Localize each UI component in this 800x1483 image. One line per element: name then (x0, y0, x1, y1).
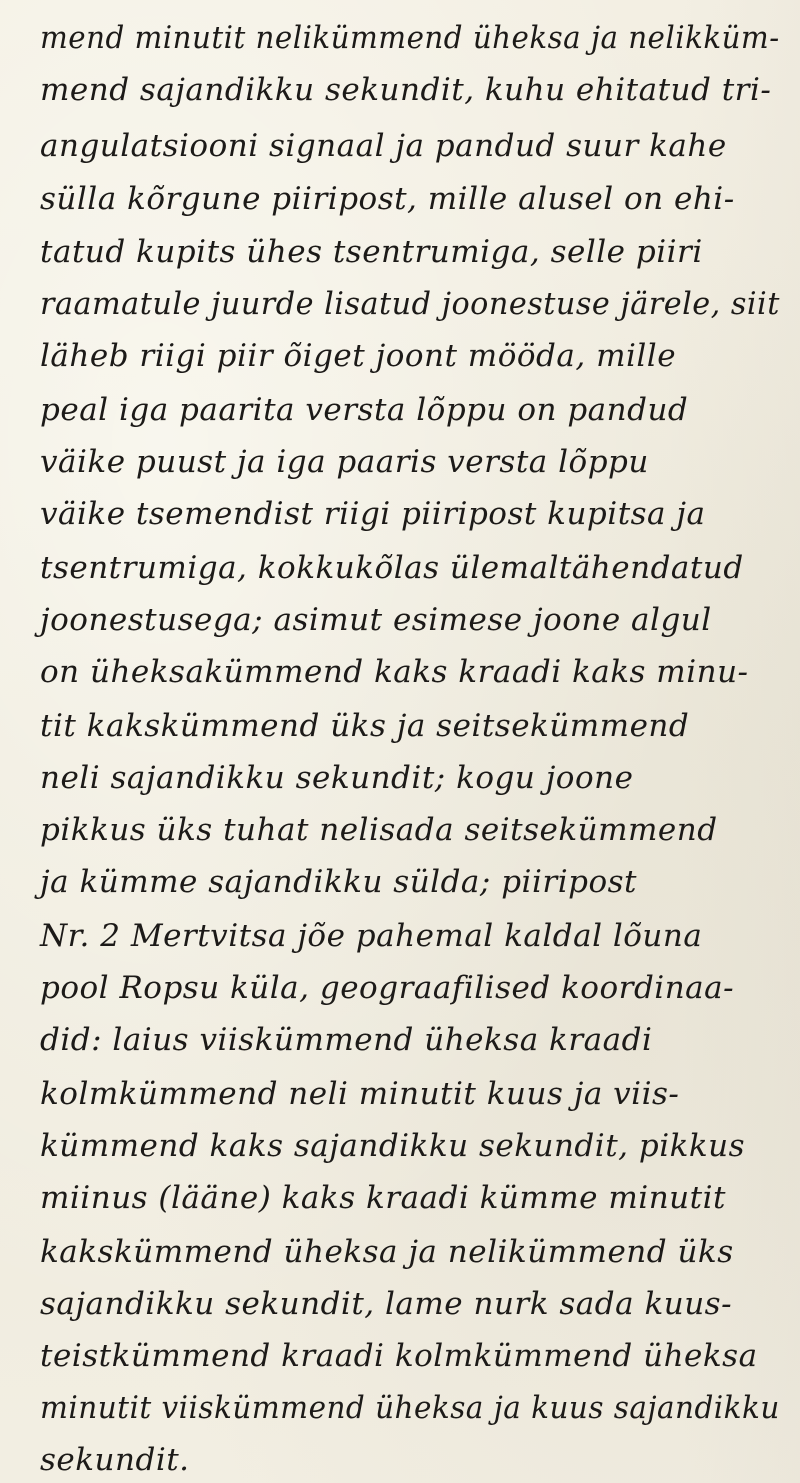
text-line: väike tsemendist riigi piiripost kupitsa… (40, 496, 780, 532)
text-line: joonestusega; asimut esimese joone algul (40, 602, 780, 638)
text-line: pikkus üks tuhat nelisada seitsekümmend (40, 812, 780, 848)
text-line: tatud kupits ühes tsentrumiga, selle pii… (40, 234, 780, 270)
text-line: pool Ropsu küla, geograafilised koordina… (40, 970, 780, 1006)
text-line: miinus (lääne) kaks kraadi kümme minutit (40, 1180, 780, 1216)
text-line: ja kümme sajandikku sülda; piiripost (40, 864, 780, 900)
text-line: kakskümmend üheksa ja nelikümmend üks (40, 1234, 780, 1270)
text-line: tsentrumiga, kokkukõlas ülemaltähendatud (40, 550, 780, 586)
text-line: sajandikku sekundit, lame nurk sada kuus… (40, 1286, 780, 1322)
text-line: raamatule juurde lisatud joonestuse järe… (40, 286, 762, 322)
text-line: minutit viiskümmend üheksa ja kuus sajan… (40, 1390, 743, 1426)
text-line: mend minutit nelikümmend üheksa ja nelik… (40, 20, 740, 56)
text-line: did: laius viiskümmend üheksa kraadi (40, 1022, 780, 1058)
text-line: on üheksakümmend kaks kraadi kaks minu- (40, 654, 780, 690)
text-line: sülla kõrgune piiripost, mille alusel on… (40, 181, 780, 217)
text-line: väike puust ja iga paaris versta lõppu (40, 444, 780, 480)
text-line: mend sajandikku sekundit, kuhu ehitatud … (40, 72, 780, 108)
text-line: kolmkümmend neli minutit kuus ja viis- (40, 1076, 780, 1112)
text-line: kümmend kaks sajandikku sekundit, pikkus (40, 1128, 780, 1164)
text-line: teistkümmend kraadi kolmkümmend üheksa (40, 1338, 780, 1374)
text-line: sekundit. (40, 1442, 780, 1478)
text-line: tit kakskümmend üks ja seitsekümmend (40, 708, 780, 744)
manuscript-page: mend minutit nelikümmend üheksa ja nelik… (0, 0, 800, 1483)
text-line: Nr. 2 Mertvitsa jõe pahemal kaldal lõuna (40, 918, 780, 954)
text-line: neli sajandikku sekundit; kogu joone (40, 760, 780, 796)
text-line: peal iga paarita versta lõppu on pandud (40, 392, 780, 428)
text-line: läheb riigi piir õiget joont mööda, mill… (40, 338, 780, 374)
text-line: angulatsiooni signaal ja pandud suur kah… (40, 128, 780, 164)
